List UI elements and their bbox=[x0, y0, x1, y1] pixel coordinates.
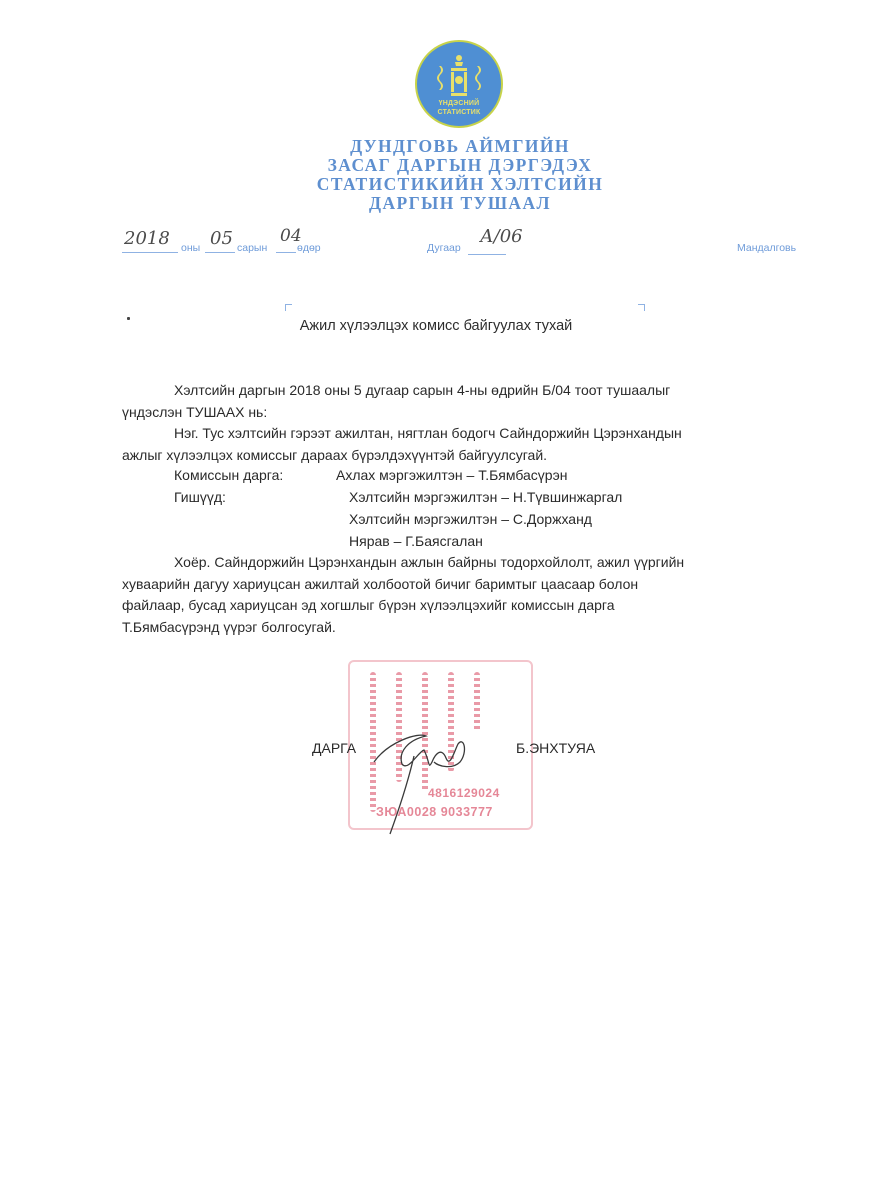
commission-role: Гишүүд: bbox=[174, 489, 226, 505]
item1-line-1: Нэг. Тус хэлтсийн гэрээт ажилтан, нягтла… bbox=[122, 423, 802, 445]
year-label: оны bbox=[181, 242, 200, 254]
item2-line-4: Т.Бямбасүрэнд үүрэг болгосугай. bbox=[122, 617, 802, 639]
heading-line-1: ДУНДГОВЬ АЙМГИЙН bbox=[250, 137, 670, 156]
commission-member: Хэлтсийн мэргэжилтэн – С.Доржханд bbox=[349, 511, 592, 527]
intro-line-1: Хэлтсийн даргын 2018 оны 5 дугаар сарын … bbox=[122, 380, 802, 402]
heading-line-2: ЗАСАГ ДАРГЫН ДЭРГЭДЭХ bbox=[250, 156, 670, 175]
month-underline bbox=[205, 252, 235, 253]
item2-paragraph: Хоёр. Сайндоржийн Цэрэнхандын ажлын байр… bbox=[122, 552, 802, 638]
emblem-text-line2: СТАТИСТИК bbox=[417, 109, 501, 116]
month-label: сарын bbox=[237, 242, 267, 254]
number-label: Дугаар bbox=[427, 242, 461, 254]
emblem-text-line1: ҮНДЭСНИЙ bbox=[417, 100, 501, 107]
heading-line-4: ДАРГЫН ТУШААЛ bbox=[250, 194, 670, 213]
commission-member: Хэлтсийн мэргэжилтэн – Н.Түвшинжаргал bbox=[349, 489, 622, 505]
title-bracket-right bbox=[638, 304, 645, 311]
item2-line-2: хуваарийн дагуу хариуцсан ажилтай холбоо… bbox=[122, 574, 802, 596]
handwritten-year: 2018 bbox=[124, 228, 170, 249]
commission-member: Ахлах мэргэжилтэн – Т.Бямбасүрэн bbox=[336, 467, 567, 483]
intro-paragraph: Хэлтсийн даргын 2018 оны 5 дугаар сарын … bbox=[122, 380, 802, 466]
handwritten-month: 05 bbox=[210, 228, 233, 249]
commission-member: Нярав – Г.Баясгалан bbox=[349, 533, 483, 549]
place-label: Мандалговь bbox=[737, 242, 796, 254]
signatory-name: Б.ЭНХТУЯА bbox=[516, 740, 595, 756]
item2-line-3: файлаар, бусад хариуцсан эд хогшлыг бүрэ… bbox=[122, 595, 802, 617]
item1-line-2: ажлыг хүлээлцэх комиссыг дараах бүрэлдэх… bbox=[122, 445, 802, 467]
organization-heading: ДУНДГОВЬ АЙМГИЙН ЗАСАГ ДАРГЫН ДЭРГЭДЭХ С… bbox=[250, 137, 670, 213]
title-bracket-left bbox=[285, 304, 292, 311]
document-title: Ажил хүлээлцэх комисс байгуулах тухай bbox=[0, 318, 872, 334]
handwritten-signature-icon bbox=[368, 722, 478, 842]
handwritten-order-number: А/06 bbox=[480, 226, 523, 247]
number-underline bbox=[468, 254, 506, 255]
year-underline bbox=[122, 252, 178, 253]
signatory-title: ДАРГА bbox=[312, 740, 356, 756]
day-label: өдөр bbox=[297, 242, 321, 254]
heading-line-3: СТАТИСТИКИЙН ХЭЛТСИЙН bbox=[250, 175, 670, 194]
statistics-emblem-logo: ҮНДЭСНИЙ СТАТИСТИК bbox=[415, 40, 503, 128]
commission-role: Комиссын дарга: bbox=[174, 467, 283, 483]
day-underline bbox=[276, 252, 296, 253]
intro-line-2: үндэслэн ТУШААХ нь: bbox=[122, 402, 802, 424]
item2-line-1: Хоёр. Сайндоржийн Цэрэнхандын ажлын байр… bbox=[122, 552, 802, 574]
